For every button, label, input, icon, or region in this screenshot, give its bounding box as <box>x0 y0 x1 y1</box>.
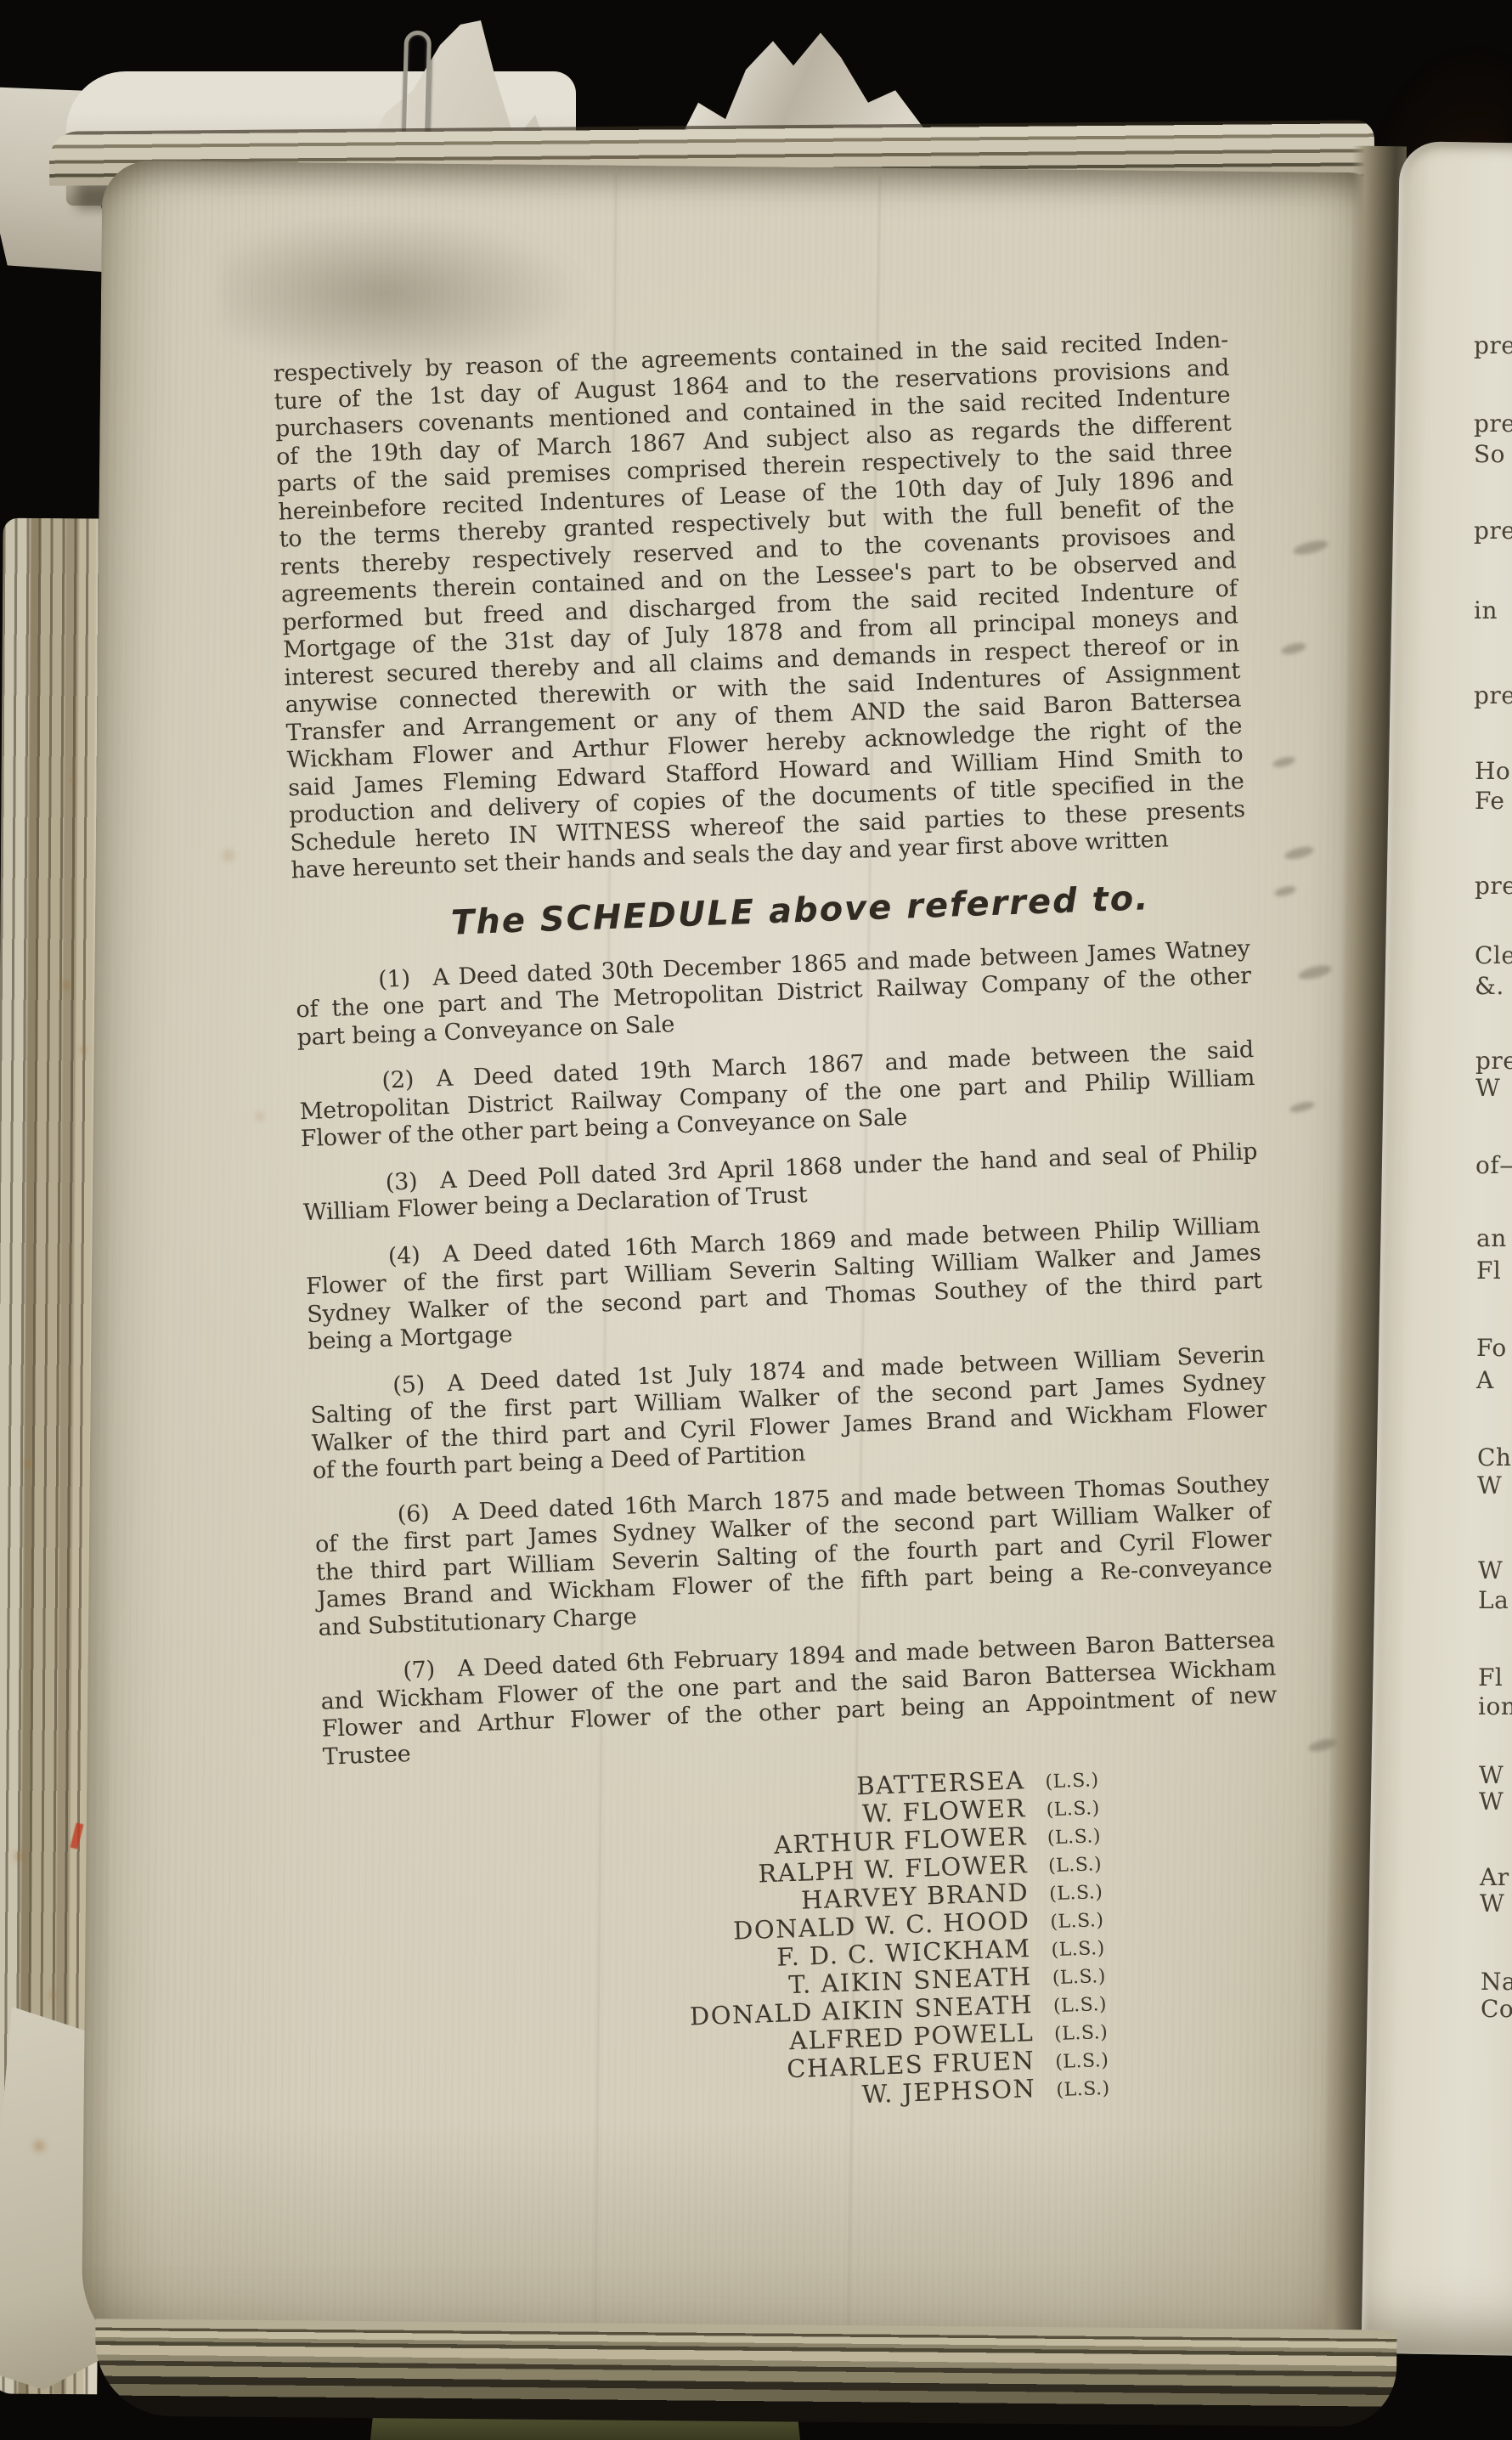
foxing-spot <box>48 1990 59 2001</box>
next-page-text-fragment: pre <box>1475 873 1512 899</box>
photo-of-deed-book-page: respectively by reason of the agreements… <box>0 0 1512 2440</box>
next-page-text-fragment: W <box>1478 1558 1503 1584</box>
foxing-spot <box>59 979 73 992</box>
next-page-text-fragment: Fl <box>1476 1258 1501 1284</box>
next-page-text-fragment: W <box>1475 1076 1500 1101</box>
foxing-spot <box>68 775 77 784</box>
seal-mark: (L.S.) <box>1056 2074 1140 2104</box>
schedule-item-6: (6) A Deed dated 16th March 1875 and mad… <box>313 1470 1273 1642</box>
next-page-text-fragment: W <box>1479 1763 1504 1788</box>
next-page-text-fragment: Ho <box>1475 759 1510 784</box>
schedule-item-3: (3) A Deed Poll dated 3rd April 1868 und… <box>302 1138 1259 1227</box>
foxing-spot <box>22 1458 34 1470</box>
next-page-text-fragment: pre <box>1474 518 1512 544</box>
signature-block: BATTERSEA (L.S.) W. FLOWER (L.S.) ARTHUR… <box>324 1757 1290 2127</box>
next-page-text-fragment: Na <box>1481 1969 1512 1995</box>
foxing-spot <box>253 1110 267 1123</box>
schedule-item-2: (2) A Deed dated 19th March 1867 and mad… <box>298 1036 1256 1154</box>
next-page-text-fragment: Co <box>1481 1997 1512 2022</box>
schedule-item-7: (7) A Deed dated 6th February 1894 and m… <box>319 1627 1278 1771</box>
schedule-item-4: (4) A Deed dated 16th March 1869 and mad… <box>304 1212 1263 1356</box>
next-page-text-fragment: W <box>1480 1891 1504 1917</box>
next-page-text-fragment: W <box>1477 1473 1502 1499</box>
next-page-text-fragment: A <box>1476 1368 1494 1393</box>
next-page-text-fragment: pre <box>1474 683 1512 709</box>
schedule-heading: The SCHEDULE above referred to. <box>352 873 1249 949</box>
bottom-page-edges <box>95 2319 1397 2426</box>
foxing-spot <box>12 1849 27 1864</box>
next-page-text-fragment: pre <box>1474 411 1512 437</box>
foxing-spot <box>31 2138 48 2155</box>
next-page-text-fragment: Fe <box>1475 788 1504 814</box>
next-page-text-fragment: pre <box>1475 1048 1512 1074</box>
schedule-item-5: (5) A Deed dated 1st July 1874 and made … <box>309 1341 1268 1485</box>
foxing-spot <box>78 1045 88 1055</box>
next-page-text-fragment: pre <box>1474 333 1512 359</box>
next-page-text-fragment: Ar <box>1480 1865 1509 1890</box>
next-page-text-fragment: in <box>1474 598 1498 624</box>
next-page-text-fragment: Ch <box>1477 1445 1511 1471</box>
next-page-text-fragment: Fl <box>1478 1665 1503 1691</box>
next-page-text-fragment: ion <box>1478 1694 1512 1720</box>
next-page-text-fragment: Fo <box>1476 1336 1507 1361</box>
foxing-spot <box>219 846 238 865</box>
next-page-text-fragment: La <box>1478 1588 1509 1613</box>
schedule-item-1: (1) A Deed dated 30th December 1865 and … <box>295 935 1253 1053</box>
next-page-text-fragment: W <box>1479 1789 1504 1815</box>
printed-text: respectively by reason of the agreements… <box>273 327 1291 2128</box>
next-page-text-fragment: &. <box>1475 974 1504 999</box>
next-page-text-fragment: Cle <box>1475 943 1512 969</box>
next-page-text-fragment: So <box>1474 442 1505 467</box>
next-page-text-fragment: an <box>1476 1226 1507 1251</box>
next-page-text-fragment: of— <box>1475 1153 1512 1178</box>
